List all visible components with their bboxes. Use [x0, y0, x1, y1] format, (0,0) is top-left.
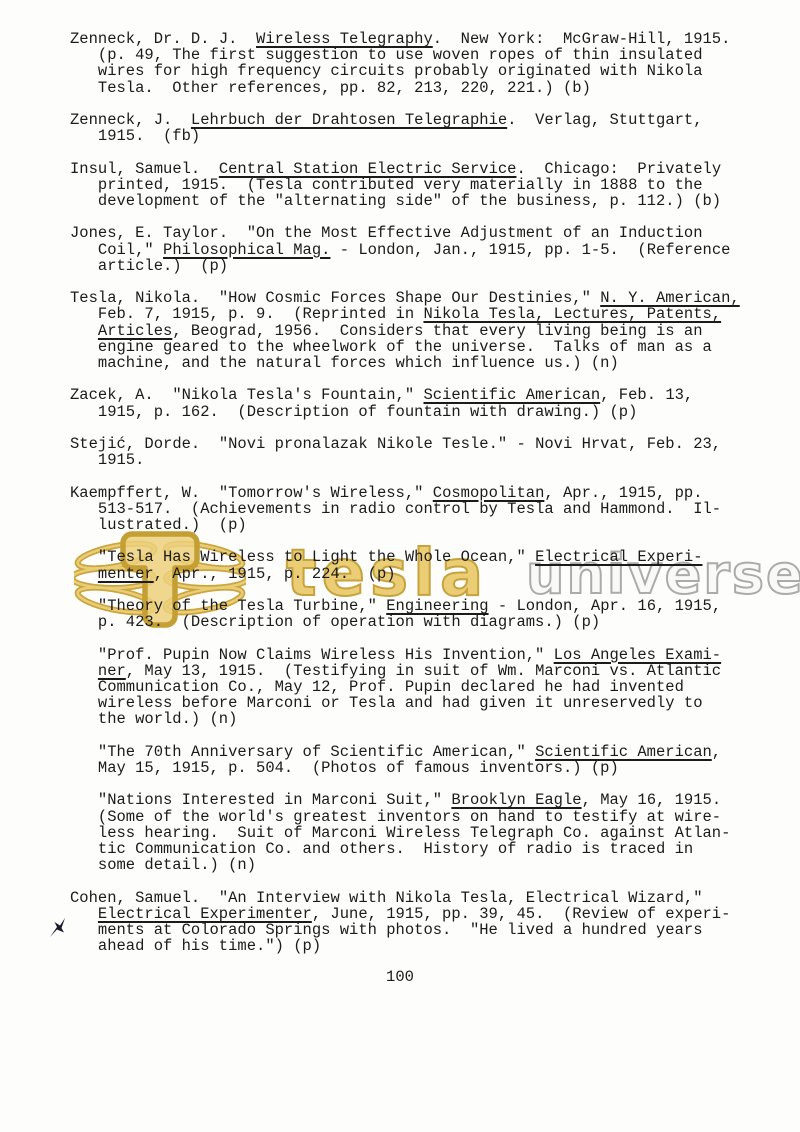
bibliography-entry: Kaempffert, W. "Tomorrow's Wireless," Co…	[70, 485, 760, 534]
bibliography-entry: Zenneck, Dr. D. J. Wireless Telegraphy. …	[70, 31, 760, 96]
bibliography-entry: Zenneck, J. Lehrbuch der Drahtosen Teleg…	[70, 112, 760, 144]
entry-line: May 15, 1915, p. 504. (Photos of famous …	[70, 760, 760, 776]
entry-line: (p. 49, The first suggestion to use wove…	[70, 47, 760, 63]
entry-text: ahead of his time.") (p)	[98, 937, 321, 955]
entry-line: Articles, Beograd, 1956. Considers that …	[70, 323, 760, 339]
entry-line: the world.) (n)	[70, 711, 760, 727]
bibliography-entry: "Tesla Has Wireless to Light the Whole O…	[70, 549, 760, 581]
entry-line: Zenneck, J. Lehrbuch der Drahtosen Teleg…	[70, 112, 760, 128]
bibliography-list: Zenneck, Dr. D. J. Wireless Telegraphy. …	[0, 0, 800, 954]
entry-line: "Prof. Pupin Now Claims Wireless His Inv…	[70, 647, 760, 663]
entry-line: Insul, Samuel. Central Station Electric …	[70, 161, 760, 177]
entry-line: some detail.) (n)	[70, 857, 760, 873]
entry-text: article.) (p)	[98, 257, 228, 275]
entry-line: lustrated.) (p)	[70, 517, 760, 533]
entry-line: Tesla. Other references, pp. 82, 213, 22…	[70, 80, 760, 96]
entry-text: 1915, p. 162. (Description of fountain w…	[98, 403, 638, 421]
margin-ink-mark-icon	[48, 916, 68, 945]
entry-text: some detail.) (n)	[98, 856, 256, 874]
entry-text: p. 423. (Description of operation with d…	[98, 613, 600, 631]
bibliography-entry: Zacek, A. "Nikola Tesla's Fountain," Sci…	[70, 387, 760, 419]
entry-line: Zenneck, Dr. D. J. Wireless Telegraphy. …	[70, 31, 760, 47]
entry-text: 1915. (fb)	[98, 127, 200, 145]
entry-line: 513-517. (Achievements in radio control …	[70, 501, 760, 517]
entry-line: Electrical Experimenter, June, 1915, pp.…	[70, 906, 760, 922]
entry-line: printed, 1915. (Tesla contributed very m…	[70, 177, 760, 193]
entry-line: "Theory of the Tesla Turbine," Engineeri…	[70, 598, 760, 614]
entry-text: Stejić, Dorde. "Novi pronalazak Nikole T…	[70, 435, 721, 453]
entry-line: development of the "alternating side" of…	[70, 193, 760, 209]
entry-text: - London, Jan., 1915, pp. 1-5. (Referenc…	[330, 241, 730, 259]
underlined-title-text: menter	[98, 565, 154, 583]
entry-line: (Some of the world's greatest inventors …	[70, 809, 760, 825]
entry-line: ner, May 13, 1915. (Testifying in suit o…	[70, 663, 760, 679]
entry-line: less hearing. Suit of Marconi Wireless T…	[70, 825, 760, 841]
entry-line: menter, Apr., 1915, p. 224. (p)	[70, 566, 760, 582]
entry-text: , Apr., 1915, p. 224. (p)	[154, 565, 396, 583]
entry-line: Stejić, Dorde. "Novi pronalazak Nikole T…	[70, 436, 760, 452]
entry-line: tic Communication Co. and others. Histor…	[70, 841, 760, 857]
underlined-title-text: Electrical Experi-	[535, 548, 702, 566]
entry-line: article.) (p)	[70, 258, 760, 274]
entry-text: May 15, 1915, p. 504. (Photos of famous …	[98, 759, 619, 777]
entry-line: Cohen, Samuel. "An Interview with Nikola…	[70, 890, 760, 906]
bibliography-entry: Cohen, Samuel. "An Interview with Nikola…	[70, 890, 760, 955]
document-page: tesla universe Zenneck, Dr. D. J. Wirele…	[0, 0, 800, 1132]
entry-text: . Verlag, Stuttgart,	[507, 111, 702, 129]
bibliography-entry: "Nations Interested in Marconi Suit," Br…	[70, 792, 760, 873]
entry-text: the world.) (n)	[98, 710, 238, 728]
entry-line: "Nations Interested in Marconi Suit," Br…	[70, 792, 760, 808]
bibliography-entry: "Prof. Pupin Now Claims Wireless His Inv…	[70, 647, 760, 728]
bibliography-entry: Insul, Samuel. Central Station Electric …	[70, 161, 760, 210]
entry-line: ahead of his time.") (p)	[70, 938, 760, 954]
entry-line: "The 70th Anniversary of Scientific Amer…	[70, 744, 760, 760]
entry-line: Jones, E. Taylor. "On the Most Effective…	[70, 225, 760, 241]
bibliography-entry: Stejić, Dorde. "Novi pronalazak Nikole T…	[70, 436, 760, 468]
entry-line: 1915, p. 162. (Description of fountain w…	[70, 404, 760, 420]
entry-line: engine geared to the wheelwork of the un…	[70, 339, 760, 355]
entry-line: machine, and the natural forces which in…	[70, 355, 760, 371]
page-number: 100	[0, 968, 800, 986]
bibliography-entry: Jones, E. Taylor. "On the Most Effective…	[70, 225, 760, 274]
entry-line: 1915. (fb)	[70, 128, 760, 144]
entry-line: Communication Co., May 12, Prof. Pupin d…	[70, 679, 760, 695]
entry-line: wires for high frequency circuits probab…	[70, 63, 760, 79]
entry-line: Kaempffert, W. "Tomorrow's Wireless," Co…	[70, 485, 760, 501]
entry-text: machine, and the natural forces which in…	[98, 354, 619, 372]
entry-text: Tesla. Other references, pp. 82, 213, 22…	[98, 79, 591, 97]
entry-text: development of the "alternating side" of…	[98, 192, 721, 210]
entry-line: "Tesla Has Wireless to Light the Whole O…	[70, 549, 760, 565]
bibliography-entry: "The 70th Anniversary of Scientific Amer…	[70, 744, 760, 776]
entry-line: 1915.	[70, 452, 760, 468]
bibliography-entry: Tesla, Nikola. "How Cosmic Forces Shape …	[70, 290, 760, 371]
entry-line: ments at Colorado Springs with photos. "…	[70, 922, 760, 938]
entry-text: 1915.	[98, 451, 145, 469]
entry-line: Zacek, A. "Nikola Tesla's Fountain," Sci…	[70, 387, 760, 403]
entry-line: Coil," Philosophical Mag. - London, Jan.…	[70, 242, 760, 258]
underlined-title-text: Lehrbuch der Drahtosen Telegraphie	[191, 111, 507, 129]
entry-line: p. 423. (Description of operation with d…	[70, 614, 760, 630]
entry-line: Tesla, Nikola. "How Cosmic Forces Shape …	[70, 290, 760, 306]
entry-text: ,	[712, 743, 721, 761]
bibliography-entry: "Theory of the Tesla Turbine," Engineeri…	[70, 598, 760, 630]
entry-line: wireless before Marconi or Tesla and had…	[70, 695, 760, 711]
entry-text: lustrated.) (p)	[98, 516, 247, 534]
entry-line: Feb. 7, 1915, p. 9. (Reprinted in Nikola…	[70, 306, 760, 322]
